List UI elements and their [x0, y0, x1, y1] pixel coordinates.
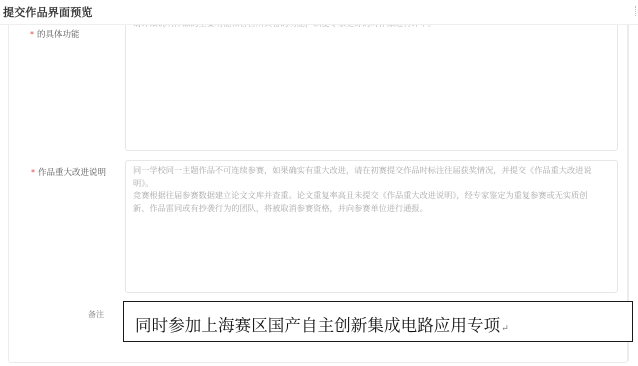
- page-header: 提交作品界面预览: [0, 0, 638, 25]
- placeholder-line: 明》。: [133, 177, 610, 190]
- required-marker: *: [31, 168, 35, 177]
- field-label-text: 作品重大改进说明: [38, 168, 106, 178]
- improvement-textarea[interactable]: 同一学校同一主题作品不可连续参赛，如果确实有重大改进，请在初赛提交作品时标注往届…: [125, 160, 618, 293]
- function-textarea[interactable]: 请详细说明作品的主要功能和各自所具备的功能，以便专家更好的对作品进行评审。: [125, 4, 618, 151]
- placeholder-line: 竞赛根据往届参赛数据建立论文文库并查重。论文重复率高且未提交《作品重大改进说明》…: [133, 189, 610, 202]
- remarks-text: 同时参加上海赛区国产自主创新集成电路应用专项: [135, 316, 500, 335]
- paragraph-return-icon: ↵: [501, 324, 509, 334]
- required-marker: *: [30, 30, 34, 39]
- placeholder-line: 同一学校同一主题作品不可连续参赛，如果确实有重大改进，请在初赛提交作品时标注往届…: [133, 164, 610, 177]
- submit-preview-page: *的具体功能 请详细说明作品的主要功能和各自所具备的功能，以便专家更好的对作品进…: [0, 0, 638, 366]
- remarks-value: 同时参加上海赛区国产自主创新集成电路应用专项↵: [135, 312, 509, 336]
- field-label-function: *的具体功能: [30, 28, 80, 40]
- field-label-improvement: *作品重大改进说明: [31, 166, 106, 178]
- field-label-remarks: 备注: [88, 309, 104, 320]
- page-title: 提交作品界面预览: [3, 4, 93, 20]
- field-label-text: 的具体功能: [37, 30, 80, 40]
- placeholder-line: 新、作品雷同或有抄袭行为的团队，将被取消参赛资格，并向参赛单位进行通报。: [133, 202, 610, 215]
- remarks-input[interactable]: 同时参加上海赛区国产自主创新集成电路应用专项↵: [123, 301, 633, 342]
